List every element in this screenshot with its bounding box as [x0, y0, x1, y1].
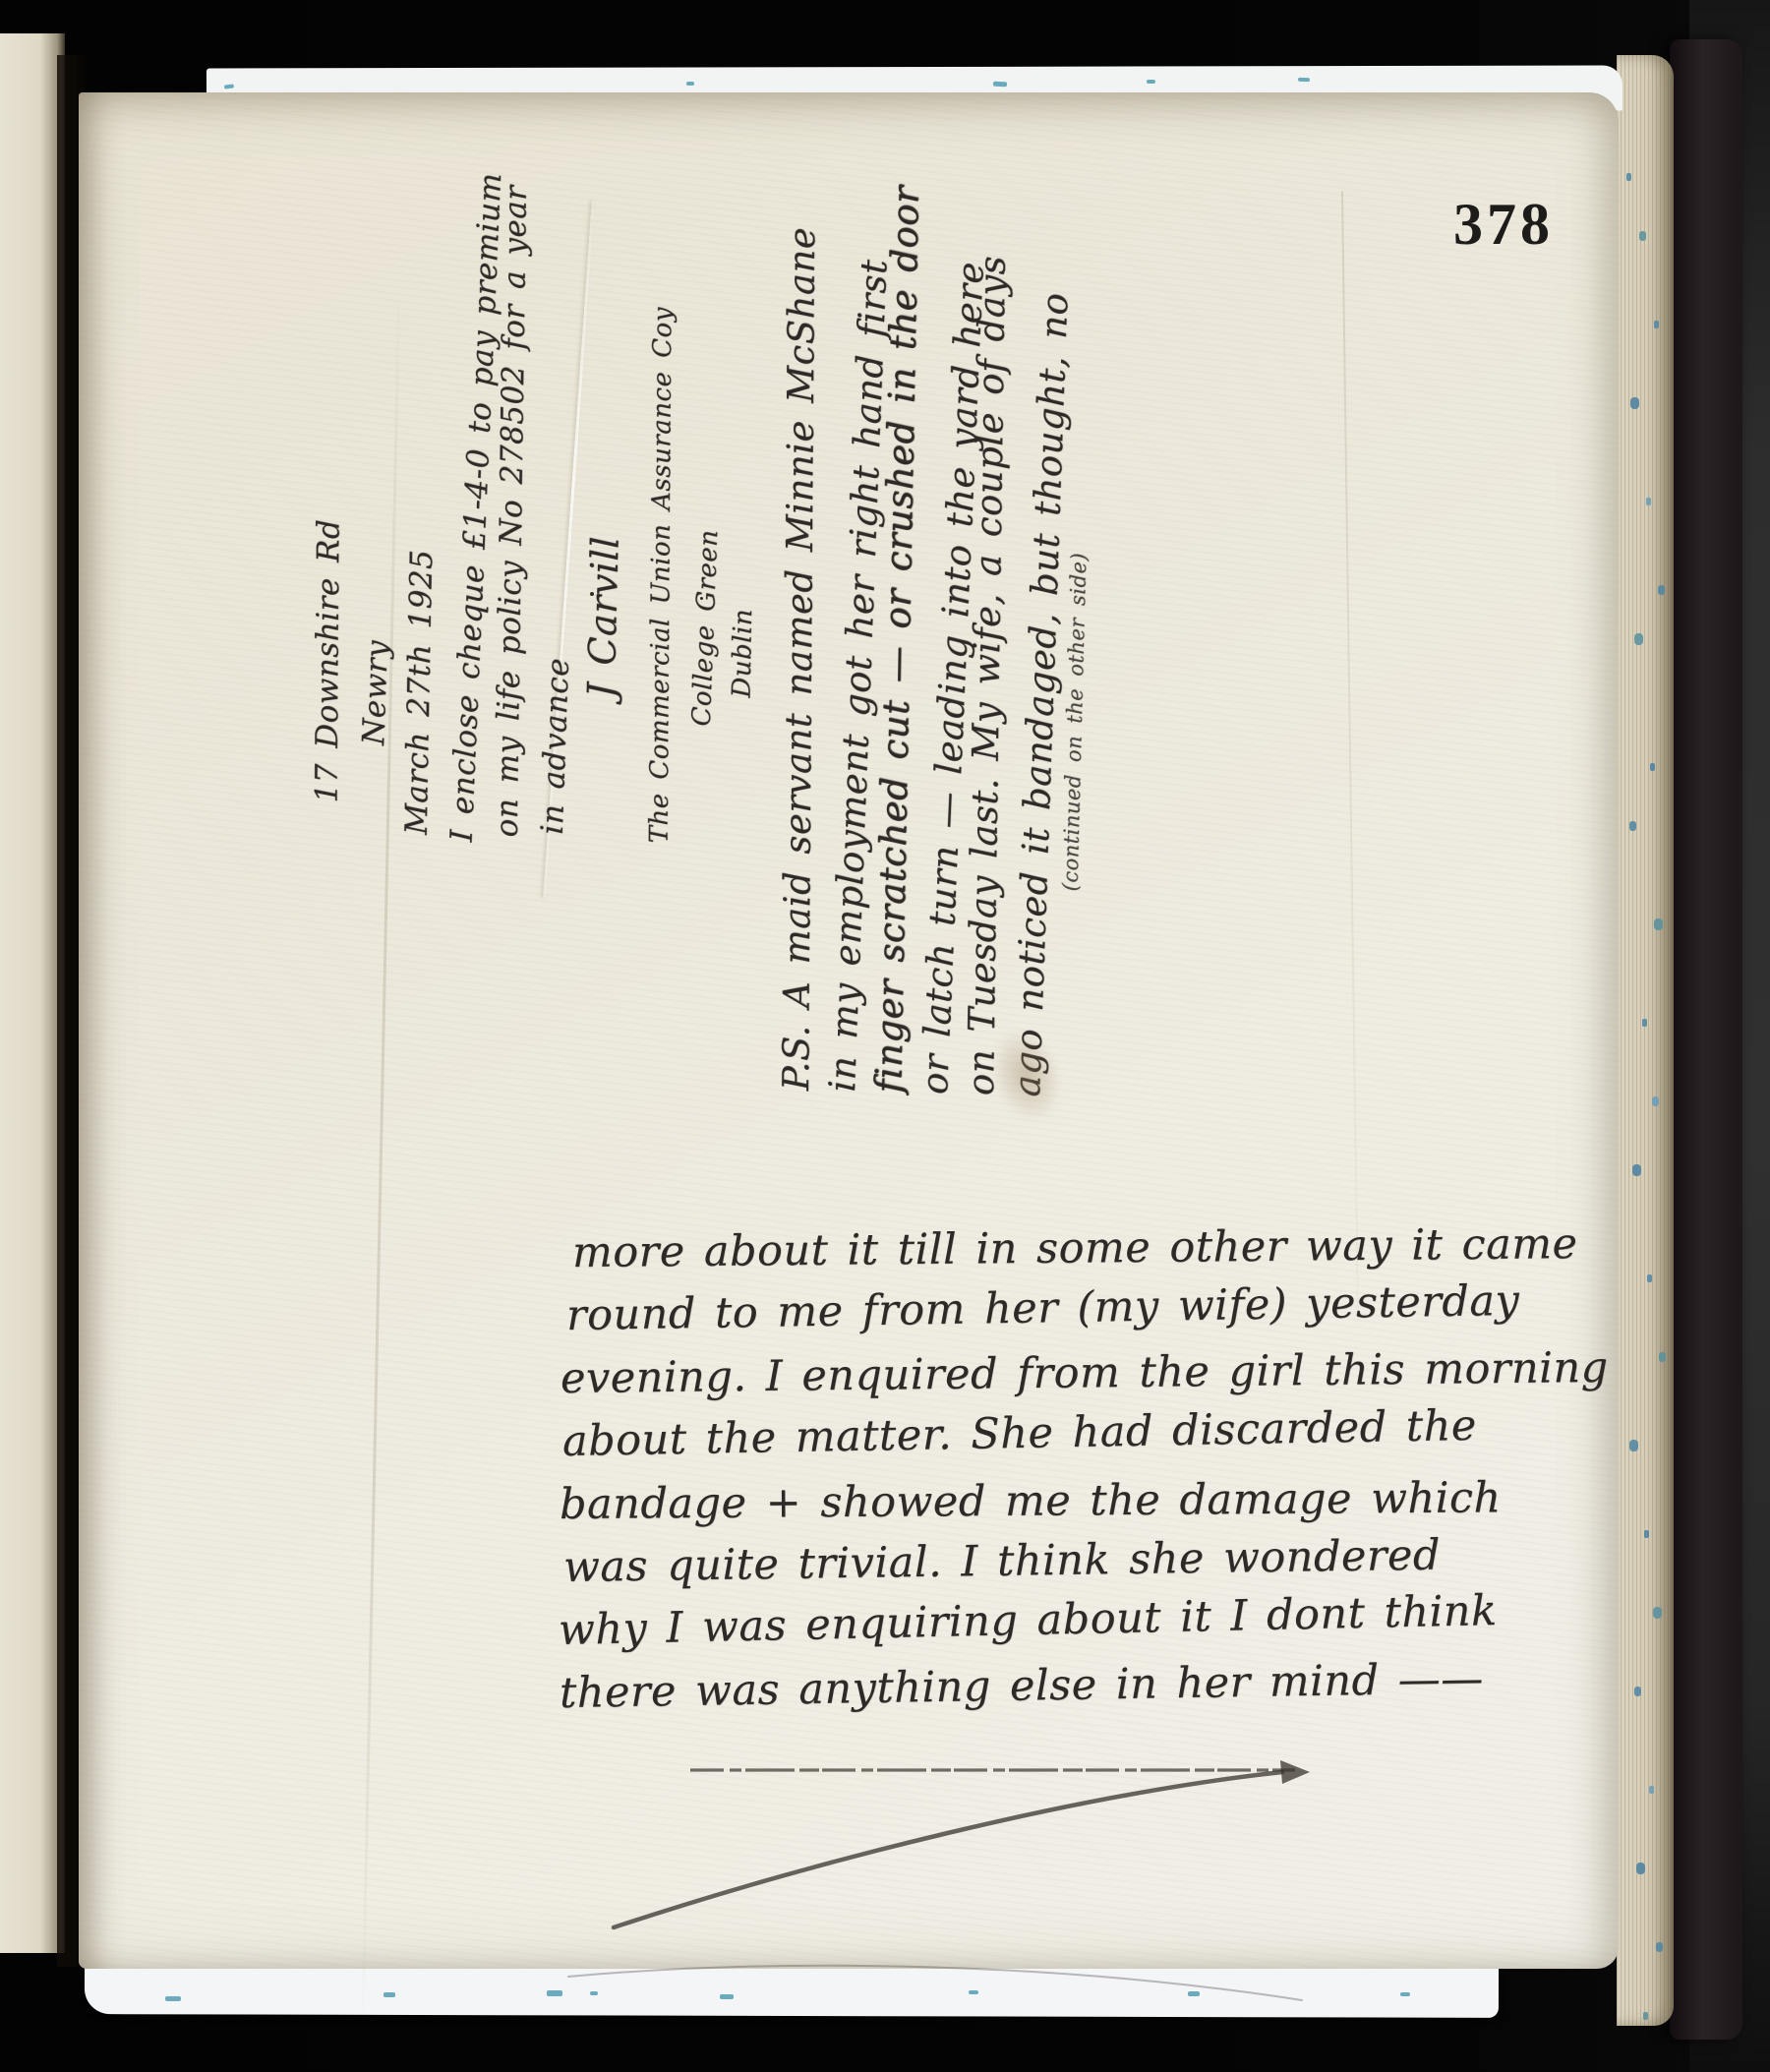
letter-addressee-line: The Commercial Union Assurance Coy — [640, 307, 683, 844]
pasted-letter-rotated-text: 17 Downshire Rd Newry March 27th 1925 I … — [291, 258, 1111, 1106]
letter-postscript: P.S. A maid servant named Minnie McShane… — [773, 183, 1101, 1098]
paper-crease — [1341, 191, 1359, 1322]
letter-heading: 17 Downshire Rd Newry March 27th 1925 I … — [304, 168, 638, 846]
notebook-page: 378 17 Downshire Rd Newry March 27th 192… — [79, 92, 1619, 1969]
edge-sprinkle-mark — [686, 82, 694, 86]
facing-page-sliver — [0, 33, 65, 1953]
page-number: 378 — [1453, 191, 1670, 259]
edge-sprinkle-mark — [1188, 1991, 1200, 1996]
manuscript-entry: more about it till in some other way it … — [559, 1221, 1609, 1725]
letter-body-line: on my life policy No 278502 for a year — [485, 173, 539, 838]
letter-postscript-line: P.S. A maid servant named Minnie McShane — [773, 183, 825, 1091]
pasted-letter: 17 Downshire Rd Newry March 27th 1925 I … — [313, 258, 1111, 1086]
letter-addressee-line: Dublin — [722, 309, 769, 698]
book-binding — [1670, 39, 1742, 2040]
page-fore-edge — [1617, 55, 1674, 2026]
edge-sprinkle-mark — [969, 1990, 978, 1994]
edge-sprinkle-mark — [547, 1990, 562, 1996]
edge-sprinkle-mark — [993, 82, 1007, 88]
edge-sprinkle-mark — [1298, 78, 1310, 82]
flourish-underline — [551, 1733, 1327, 2018]
edge-sprinkle-mark — [1400, 1992, 1410, 1996]
book-scan: 378 17 Downshire Rd Newry March 27th 192… — [0, 0, 1770, 2072]
edge-sprinkle-mark — [1147, 80, 1155, 84]
edge-sprinkle-mark — [590, 1991, 598, 1995]
edge-sprinkle-mark — [383, 1992, 395, 1997]
edge-sprinkle-mark — [165, 1996, 181, 2001]
letter-address-line: 17 Downshire Rd — [304, 168, 354, 802]
letter-addressee: The Commercial Union Assurance Coy Colle… — [640, 307, 772, 846]
edge-speckles — [1626, 173, 1631, 181]
edge-sprinkle-mark — [720, 1994, 734, 1999]
